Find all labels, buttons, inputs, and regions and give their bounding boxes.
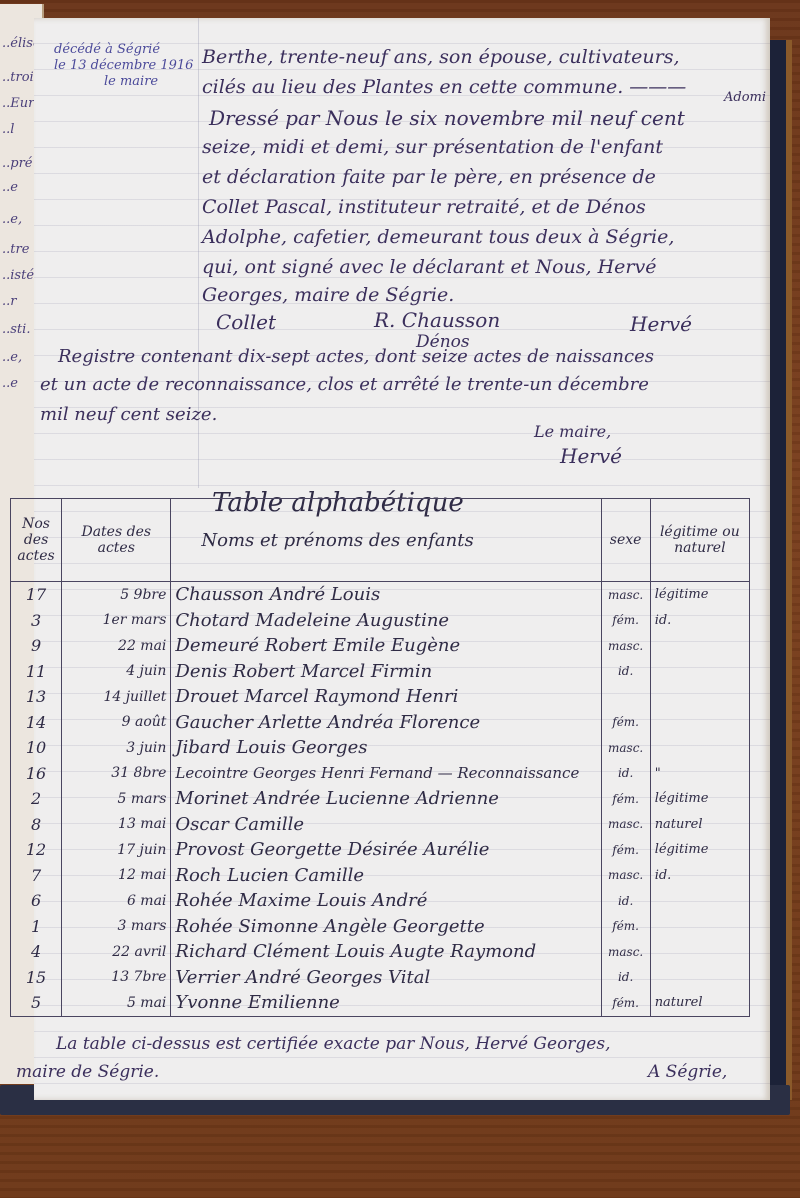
- cell-sexe: masc.: [601, 735, 650, 761]
- cell-date: 31 8bre: [62, 761, 171, 787]
- cell-sexe: id.: [601, 761, 650, 787]
- cell-num: 8: [11, 812, 62, 838]
- cell-status: [650, 965, 749, 991]
- cell-status: légitime: [650, 582, 749, 608]
- table-header-row: Nos des actes Dates des actes Noms et pr…: [11, 499, 750, 582]
- cell-status: [650, 710, 749, 736]
- cell-name: Jibard Louis Georges: [171, 735, 601, 761]
- cell-name: Verrier André Georges Vital: [171, 965, 601, 991]
- cell-status: [650, 888, 749, 914]
- act-line: Georges, maire de Ségrie.: [202, 284, 454, 306]
- left-fragment: ..e: [2, 376, 18, 391]
- cell-name: Gaucher Arlette Andréa Florence: [171, 710, 601, 736]
- cell-date: 3 juin: [62, 735, 171, 761]
- table-row: 25 marsMorinet Andrée Lucienne Adriennef…: [11, 786, 750, 812]
- cell-num: 15: [11, 965, 62, 991]
- cell-date: 17 juin: [62, 837, 171, 863]
- margin-note-line: décédé à Ségrié: [54, 42, 193, 58]
- cell-name: Lecointre Georges Henri Fernand — Reconn…: [171, 761, 601, 787]
- left-fragment: ..pré: [2, 156, 33, 171]
- cell-num: 5: [11, 990, 62, 1016]
- closing-line: et un acte de reconnaissance, clos et ar…: [40, 374, 649, 395]
- cell-num: 16: [11, 761, 62, 787]
- signature-collet: Collet: [216, 310, 276, 334]
- act-line: Collet Pascal, instituteur retraité, et …: [202, 196, 646, 218]
- cell-status: naturel: [650, 812, 749, 838]
- cell-num: 13: [11, 684, 62, 710]
- cell-name: Denis Robert Marcel Firmin: [171, 659, 601, 685]
- cell-date: 4 juin: [62, 659, 171, 685]
- cell-sexe: id.: [601, 965, 650, 991]
- cell-name: Morinet Andrée Lucienne Adrienne: [171, 786, 601, 812]
- cell-sexe: fém.: [601, 837, 650, 863]
- cell-name: Demeuré Robert Emile Eugène: [171, 633, 601, 659]
- cell-status: [650, 684, 749, 710]
- right-margin-note: Adomi: [724, 90, 766, 105]
- cell-date: 14 juillet: [62, 684, 171, 710]
- margin-note-death: décédé à Ségrié le 13 décembre 1916 le m…: [54, 42, 193, 90]
- act-line: et déclaration faite par le père, en pré…: [202, 166, 656, 188]
- cell-sexe: [601, 684, 650, 710]
- header-status: légitime ou naturel: [650, 499, 749, 582]
- cell-date: 9 août: [62, 710, 171, 736]
- cell-date: 13 7bre: [62, 965, 171, 991]
- cell-num: 11: [11, 659, 62, 685]
- cell-name: Rohée Simonne Angèle Georgette: [171, 914, 601, 940]
- cell-sexe: fém.: [601, 608, 650, 634]
- cell-status: [650, 633, 749, 659]
- cell-num: 1: [11, 914, 62, 940]
- cell-name: Chotard Madeleine Augustine: [171, 608, 601, 634]
- cell-num: 17: [11, 582, 62, 608]
- cell-num: 6: [11, 888, 62, 914]
- cell-sexe: fém.: [601, 786, 650, 812]
- left-fragment: ..e,: [2, 212, 22, 227]
- act-line: Adolphe, cafetier, demeurant tous deux à…: [202, 226, 674, 248]
- left-fragment: ..tre: [2, 242, 29, 257]
- closing-line: mil neuf cent seize.: [40, 404, 217, 425]
- alphabetical-table: Nos des actes Dates des actes Noms et pr…: [10, 498, 750, 1017]
- table-row: 813 maiOscar Camillemasc.naturel: [11, 812, 750, 838]
- table-row: 1217 juinProvost Georgette Désirée Aurél…: [11, 837, 750, 863]
- left-fragment: ..sti.: [2, 322, 30, 337]
- cell-status: [650, 914, 749, 940]
- certification-place: A Ségrie,: [648, 1062, 727, 1082]
- cell-status: [650, 735, 749, 761]
- table-row: 149 aoûtGaucher Arlette Andréa Florencef…: [11, 710, 750, 736]
- cell-sexe: fém.: [601, 710, 650, 736]
- cell-status: légitime: [650, 837, 749, 863]
- cell-sexe: masc.: [601, 812, 650, 838]
- cell-name: Drouet Marcel Raymond Henri: [171, 684, 601, 710]
- cell-name: Richard Clément Louis Augte Raymond: [171, 939, 601, 965]
- left-fragment: ..e: [2, 180, 18, 195]
- cell-sexe: masc.: [601, 582, 650, 608]
- table-row: 13 marsRohée Simonne Angèle Georgettefém…: [11, 914, 750, 940]
- cell-name: Yvonne Emilienne: [171, 990, 601, 1016]
- act-line: Berthe, trente-neuf ans, son épouse, cul…: [202, 46, 680, 68]
- cell-date: 22 avril: [62, 939, 171, 965]
- cell-date: 5 mars: [62, 786, 171, 812]
- left-fragment: ..e,: [2, 350, 22, 365]
- closing-line: Registre contenant dix-sept actes, dont …: [58, 346, 654, 367]
- cell-date: 6 mai: [62, 888, 171, 914]
- cell-num: 14: [11, 710, 62, 736]
- act-line: Dressé par Nous le six novembre mil neuf…: [209, 106, 685, 130]
- table-row: 66 maiRohée Maxime Louis Andréid.: [11, 888, 750, 914]
- certification-line: La table ci-dessus est certifiée exacte …: [56, 1034, 611, 1054]
- closing-signoff: Le maire,: [534, 422, 611, 441]
- left-fragment: ..r: [2, 294, 16, 309]
- cell-date: 22 mai: [62, 633, 171, 659]
- table-row: 1513 7breVerrier André Georges Vitalid.: [11, 965, 750, 991]
- cell-status: naturel: [650, 990, 749, 1016]
- header-names: Noms et prénoms des enfants: [171, 499, 601, 582]
- cell-date: 5 mai: [62, 990, 171, 1016]
- cell-sexe: masc.: [601, 633, 650, 659]
- table-row: 922 maiDemeuré Robert Emile Eugènemasc.: [11, 633, 750, 659]
- cell-num: 4: [11, 939, 62, 965]
- table-row: 103 juinJibard Louis Georgesmasc.: [11, 735, 750, 761]
- cell-status: ": [650, 761, 749, 787]
- cell-name: Chausson André Louis: [171, 582, 601, 608]
- cell-status: id.: [650, 863, 749, 889]
- cell-sexe: fém.: [601, 914, 650, 940]
- table-row: 114 juinDenis Robert Marcel Firminid.: [11, 659, 750, 685]
- cell-num: 7: [11, 863, 62, 889]
- cell-sexe: masc.: [601, 939, 650, 965]
- act-line: qui, ont signé avec le déclarant et Nous…: [202, 256, 656, 278]
- cell-name: Rohée Maxime Louis André: [171, 888, 601, 914]
- table-row: 1631 8breLecointre Georges Henri Fernand…: [11, 761, 750, 787]
- cell-name: Roch Lucien Camille: [171, 863, 601, 889]
- cell-date: 3 mars: [62, 914, 171, 940]
- cell-date: 13 mai: [62, 812, 171, 838]
- table-row: 1314 juilletDrouet Marcel Raymond Henri: [11, 684, 750, 710]
- cell-sexe: fém.: [601, 990, 650, 1016]
- table-row: 712 maiRoch Lucien Camillemasc.id.: [11, 863, 750, 889]
- table-row: 175 9breChausson André Louismasc.légitim…: [11, 582, 750, 608]
- margin-note-line: le maire: [54, 74, 193, 90]
- left-fragment: ..isté: [2, 268, 34, 283]
- cell-status: [650, 659, 749, 685]
- header-sexe: sexe: [601, 499, 650, 582]
- cell-sexe: id.: [601, 888, 650, 914]
- cell-sexe: id.: [601, 659, 650, 685]
- cell-status: [650, 939, 749, 965]
- cell-num: 3: [11, 608, 62, 634]
- cell-num: 12: [11, 837, 62, 863]
- act-line: cilés au lieu des Plantes en cette commu…: [202, 76, 686, 98]
- table-row: 31er marsChotard Madeleine Augustinefém.…: [11, 608, 750, 634]
- closing-signature: Hervé: [560, 444, 622, 468]
- margin-note-line: le 13 décembre 1916: [54, 58, 193, 74]
- header-num: Nos des actes: [11, 499, 62, 582]
- cell-name: Provost Georgette Désirée Aurélie: [171, 837, 601, 863]
- cell-name: Oscar Camille: [171, 812, 601, 838]
- cell-sexe: masc.: [601, 863, 650, 889]
- signature-chausson: R. Chausson: [374, 308, 500, 332]
- cell-num: 10: [11, 735, 62, 761]
- signature-herve: Hervé: [630, 312, 692, 336]
- act-line: seize, midi et demi, sur présentation de…: [202, 136, 663, 158]
- certification-line: maire de Ségrie.: [16, 1062, 159, 1082]
- cell-status: id.: [650, 608, 749, 634]
- cell-num: 2: [11, 786, 62, 812]
- cell-status: légitime: [650, 786, 749, 812]
- cell-date: 12 mai: [62, 863, 171, 889]
- cell-num: 9: [11, 633, 62, 659]
- table-row: 422 avrilRichard Clément Louis Augte Ray…: [11, 939, 750, 965]
- cell-date: 1er mars: [62, 608, 171, 634]
- cell-date: 5 9bre: [62, 582, 171, 608]
- header-date: Dates des actes: [62, 499, 171, 582]
- left-fragment: ..l: [2, 122, 14, 137]
- table-row: 55 maiYvonne Emiliennefém.naturel: [11, 990, 750, 1016]
